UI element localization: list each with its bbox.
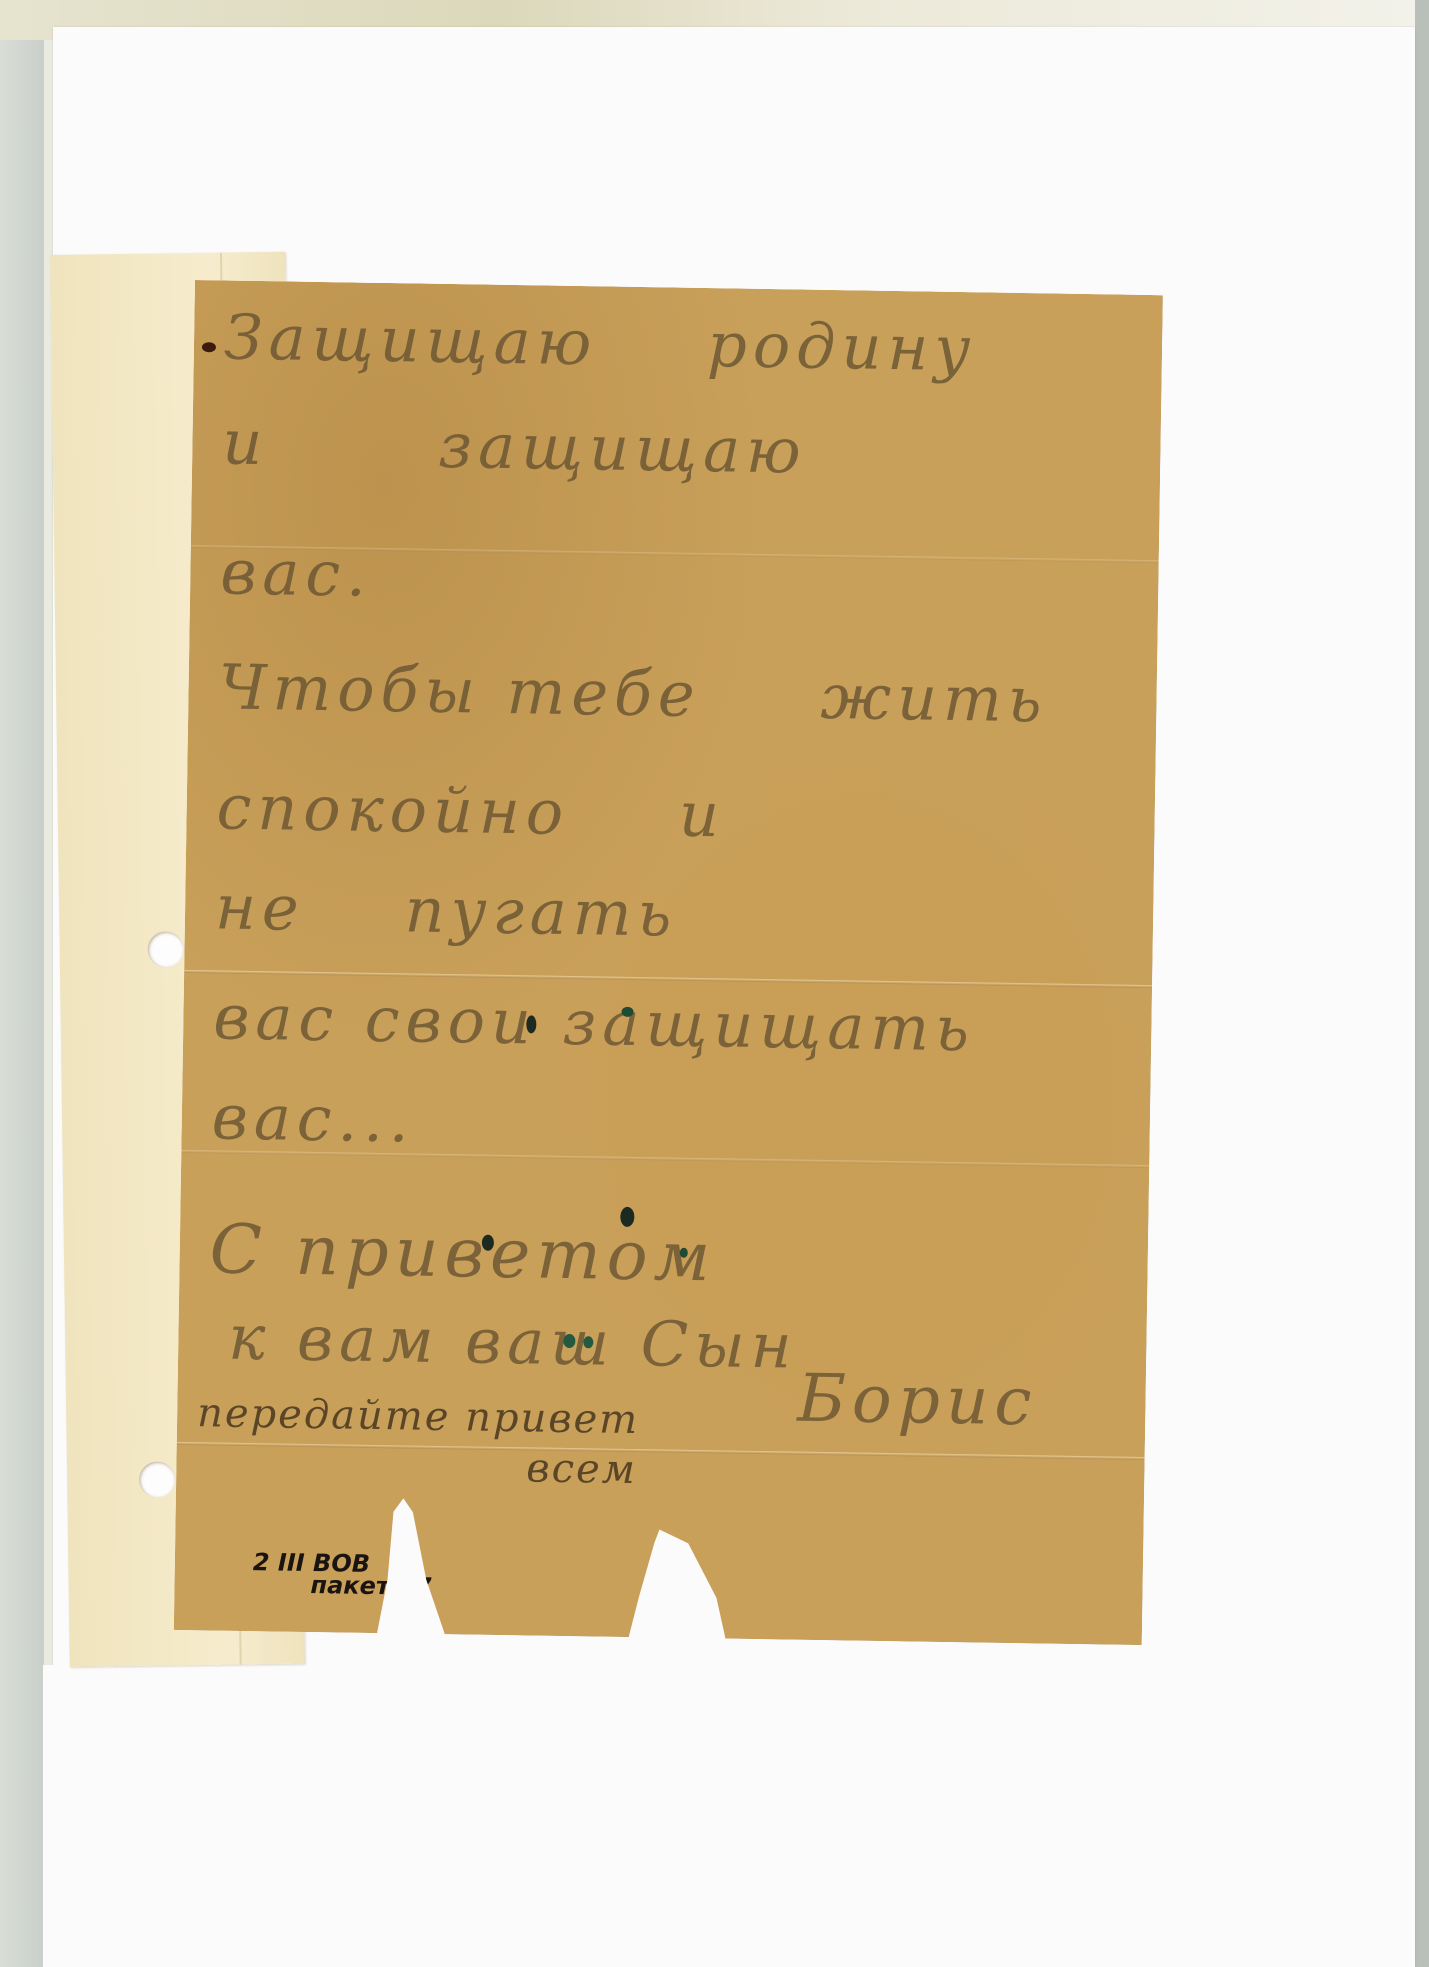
word: защищаю [438,409,807,488]
word: и [679,778,726,852]
word: родину [707,308,977,385]
word: спокойно [216,770,570,849]
ink-blot [202,342,216,352]
scanner-background-left [0,0,44,1967]
word: С приветом [209,1210,717,1297]
postscript-line-2: всем [526,1445,637,1493]
letter-line-8: вас... [211,1080,415,1156]
letter-line-3: вас. [220,535,373,610]
letter-closing-2: к вам ваш Сын [228,1301,798,1383]
letter-line-4: Чтобы тебежить [218,650,1048,736]
punch-hole-icon [139,1461,175,1497]
word: Чтобы тебе [218,650,701,731]
word: вас. [220,535,373,610]
letter-line-6: непугать [215,870,678,950]
word: не [215,870,306,944]
scanner-background-right [1415,0,1429,1967]
mount-page-lower [43,1665,1415,1967]
word: пугать [404,873,678,950]
postscript-line-1: передайте привет [197,1390,640,1443]
word: жить [820,660,1048,737]
word: вас свои защищать [213,980,976,1065]
letter-sheet: Защищаюродину изащищаю вас. Чтобы тебежи… [174,280,1163,1645]
letter-line-7: вас свои защищать [213,980,976,1065]
word: вас... [211,1080,415,1156]
word: и [222,405,269,479]
letter-closing: С приветом [209,1210,717,1297]
signature: Борис [797,1360,1038,1441]
word: к вам ваш Сын [228,1301,798,1383]
handwritten-text: Защищаюродину изащищаю вас. Чтобы тебежи… [174,280,1163,1645]
ink-blot [621,1007,633,1017]
letter-line-2: изащищаю [222,405,807,487]
letter-line-1: Защищаюродину [224,300,977,385]
punch-hole-icon [147,931,183,967]
letter-line-5: спокойнои [216,770,725,851]
word: Защищаю [224,300,598,379]
